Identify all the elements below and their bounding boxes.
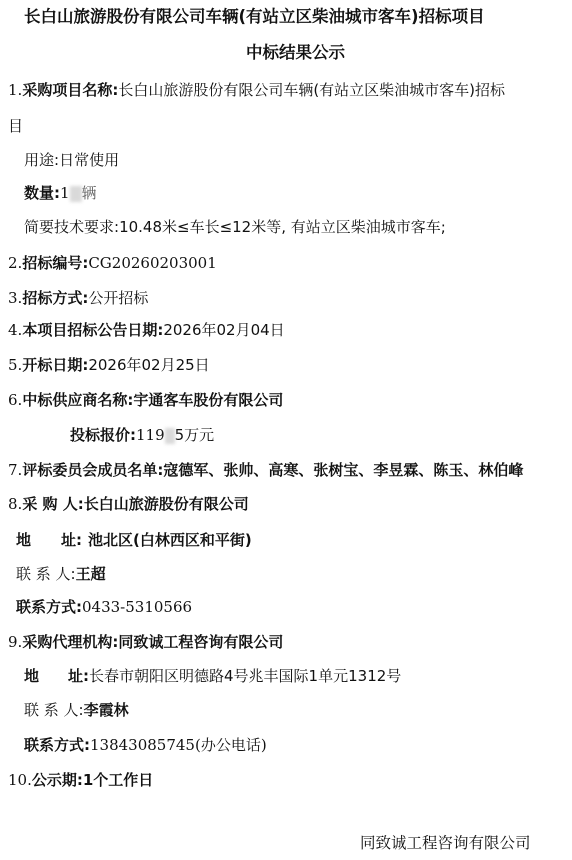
item-label: 公示期: xyxy=(32,771,83,789)
item-label: 联 系 人: xyxy=(24,701,84,719)
committee-members: 寇德军、张帅、高寒、张树宝、李昱霖、陈玉、林伯峰 xyxy=(163,461,523,479)
label-part-a: 地 xyxy=(16,531,31,549)
signature-company: 同致诚工程咨询有限公司 xyxy=(360,833,531,853)
item-number: 8. xyxy=(8,495,22,513)
item-number: 4. xyxy=(8,321,22,339)
item-purchaser: 8.采 购 人:长白山旅游股份有限公司 xyxy=(8,494,249,514)
item-agency: 9.采购代理机构:同致诚工程咨询有限公司 xyxy=(8,632,283,652)
item-label: 采购项目名称: xyxy=(22,81,118,99)
item-agency-contact: 联 系 人:李霞林 xyxy=(24,700,129,720)
item-winner: 6.中标供应商名称:宇通客车股份有限公司 xyxy=(8,390,283,410)
item-value: 长白山旅游股份有限公司车辆(有站立区柴油城市客车)招标 xyxy=(118,81,505,99)
item-number: 3. xyxy=(8,289,22,307)
item-agency-address: 地址:长春市朝阳区明德路4号兆丰国际1单元1312号 xyxy=(24,666,401,686)
item-label: 联系方式: xyxy=(24,736,90,754)
item-purchaser-address: 地址:池北区(白林西区和平街) xyxy=(16,530,252,550)
item-label: 用途: xyxy=(24,151,59,169)
item-value: CG20260203001 xyxy=(88,254,216,272)
item-value: 王超 xyxy=(76,565,106,583)
label-part-b: 址: xyxy=(61,531,82,549)
item-number: 5. xyxy=(8,356,22,374)
document-title-line2: 中标结果公示 xyxy=(246,42,345,64)
item-label: 采 购 人: xyxy=(22,495,83,513)
item-label: 数量: xyxy=(24,184,60,202)
item-agency-phone: 联系方式:13843085745(办公电话) xyxy=(24,735,267,755)
document-title-line1: 长白山旅游股份有限公司车辆(有站立区柴油城市客车)招标项目 xyxy=(24,6,485,28)
item-usage: 用途:日常使用 xyxy=(24,150,119,170)
item-committee: 7.评标委员会成员名单:寇德军、张帅、高寒、张树宝、李昱霖、陈玉、林伯峰 xyxy=(8,460,523,480)
item-tender-method: 3.招标方式:公开招标 xyxy=(8,288,148,308)
item-tender-no: 2.招标编号:CG20260203001 xyxy=(8,253,217,273)
item-number: 10. xyxy=(8,771,32,789)
redacted-region xyxy=(165,428,175,444)
item-open-date: 5.开标日期:2026年02月25日 xyxy=(8,355,210,375)
item-number: 6. xyxy=(8,391,22,409)
item-label: 简要技术要求: xyxy=(24,218,119,236)
item-label: 采购代理机构: xyxy=(22,633,118,651)
item-value: 0433-5310566 xyxy=(82,598,192,616)
item-label: 招标方式: xyxy=(22,289,88,307)
bid-price-prefix: 119 xyxy=(136,426,165,444)
item-value: 13843085745(办公电话) xyxy=(90,736,267,754)
item-value: 2026年02月25日 xyxy=(88,356,209,374)
item-quantity: 数量:1辆 xyxy=(24,183,97,203)
item-label: 联 系 人: xyxy=(16,565,76,583)
item-value: 长春市朝阳区明德路4号兆丰国际1单元1312号 xyxy=(89,667,401,685)
item-purchaser-contact: 联 系 人:王超 xyxy=(16,564,106,584)
item-purchaser-phone: 联系方式:0433-5310566 xyxy=(16,597,192,617)
item-value: 2026年02月04日 xyxy=(163,321,284,339)
quantity-value-prefix: 1 xyxy=(60,184,70,202)
item-notice-period: 10.公示期:1个工作日 xyxy=(8,770,153,790)
label-part-a: 地 xyxy=(24,667,39,685)
item-label: 中标供应商名称: xyxy=(22,391,133,409)
winner-name: 宇通客车股份有限公司 xyxy=(133,391,283,409)
item-bid-price: 投标报价:1195万元 xyxy=(70,425,214,445)
label-part-b: 址: xyxy=(68,667,89,685)
purchaser-name: 长白山旅游股份有限公司 xyxy=(84,495,249,513)
item-label: 投标报价: xyxy=(70,426,136,444)
item-project-name-continued: 目 xyxy=(8,116,23,136)
item-label: 招标编号: xyxy=(22,254,88,272)
item-value: 李霞林 xyxy=(84,701,129,719)
item-value: 公开招标 xyxy=(88,289,148,307)
agency-name: 同致诚工程咨询有限公司 xyxy=(118,633,283,651)
bid-price-suffix: 5万元 xyxy=(175,426,215,444)
item-number: 9. xyxy=(8,633,22,651)
item-project-name: 1.采购项目名称:长白山旅游股份有限公司车辆(有站立区柴油城市客车)招标 xyxy=(8,80,505,100)
announcement-document: 长白山旅游股份有限公司车辆(有站立区柴油城市客车)招标项目 中标结果公示 1.采… xyxy=(0,0,572,860)
item-number: 2. xyxy=(8,254,22,272)
item-number: 7. xyxy=(8,461,22,479)
item-label: 本项目招标公告日期: xyxy=(22,321,163,339)
item-label: 开标日期: xyxy=(22,356,88,374)
quantity-unit: 辆 xyxy=(82,184,97,202)
item-tech-requirements: 简要技术要求:10.48米≤车长≤12米等, 有站立区柴油城市客车; xyxy=(24,217,446,237)
item-label: 评标委员会成员名单: xyxy=(22,461,163,479)
item-value: 10.48米≤车长≤12米等, 有站立区柴油城市客车; xyxy=(119,218,446,236)
item-number: 1. xyxy=(8,81,22,99)
redacted-region xyxy=(70,186,82,202)
item-announce-date: 4.本项目招标公告日期:2026年02月04日 xyxy=(8,320,285,340)
item-label: 联系方式: xyxy=(16,598,82,616)
item-value: 1个工作日 xyxy=(83,771,153,789)
item-value: 日常使用 xyxy=(59,151,119,169)
item-value: 池北区(白林西区和平街) xyxy=(88,531,252,549)
